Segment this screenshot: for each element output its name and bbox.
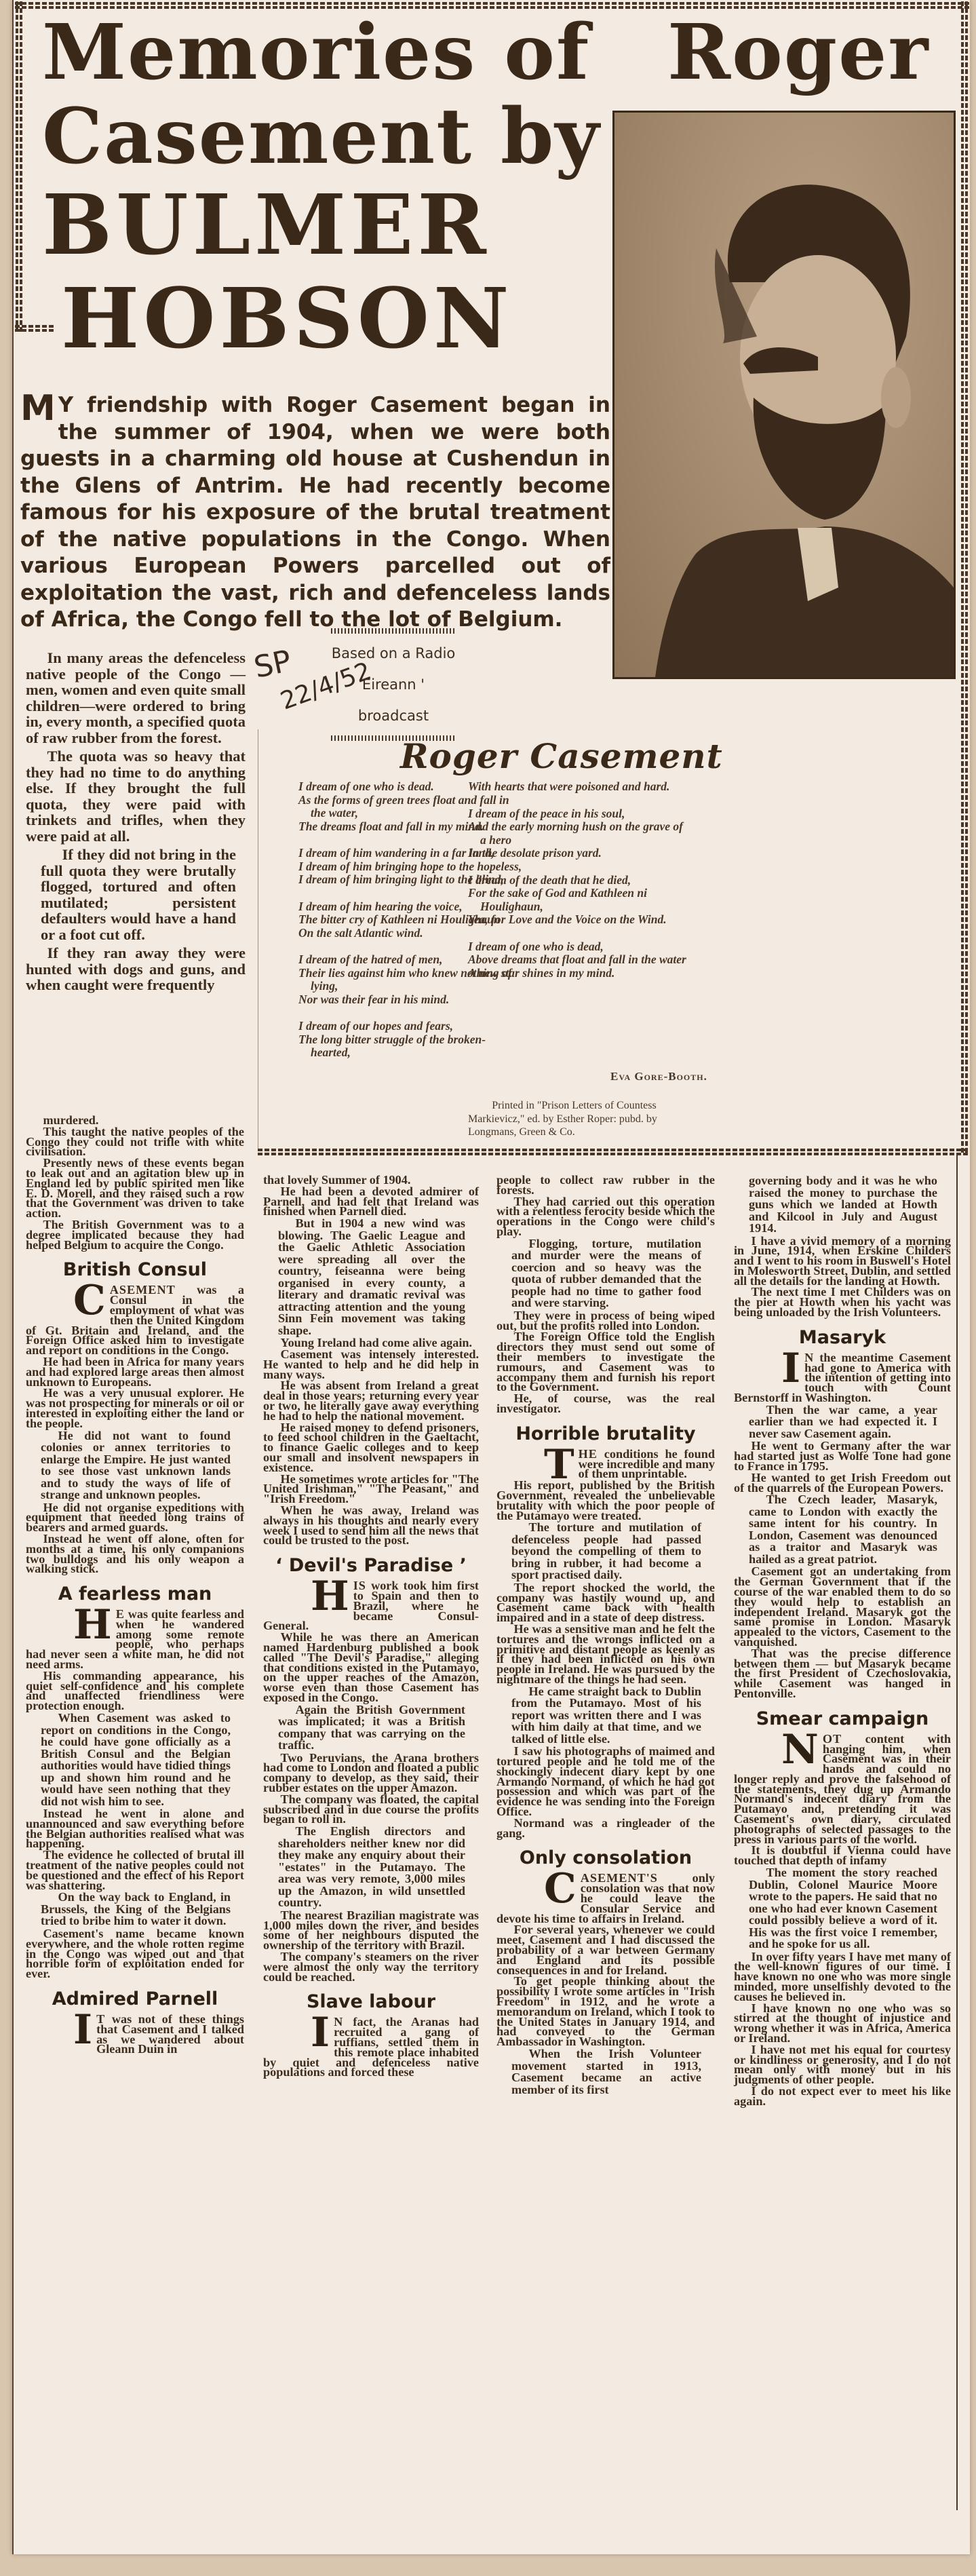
paragraph: Young Ireland had come alive again. [263,1338,479,1348]
paragraph: Instead he went in alone and unannounced… [26,1809,244,1849]
section-heading: British Consul [26,1259,244,1281]
broadcast-rule-top [331,628,456,634]
paragraph: Presently news of these events began to … [26,1158,244,1218]
article-column-1: murdered.This taught the native peoples … [26,1114,244,2054]
paragraph: This taught the native peoples of the Co… [26,1127,244,1157]
paragraph-text: work took him first to Spain and then to… [263,1579,479,1632]
paragraph: Then the war came, a year earlier than w… [734,1404,951,1440]
dropcap-letter: N [781,1734,819,1765]
dropcap-letter: I [311,2017,330,2048]
paragraph: HE was quite fearless and when he wander… [26,1609,244,1670]
dropcap-letter: I [781,1353,800,1384]
paragraph: I have a vivid memory of a morning in Ju… [734,1236,951,1286]
paragraph: He did not want to found colonies or ann… [26,1430,244,1501]
paragraph: HIS work took him first to Spain and the… [263,1581,479,1631]
paragraph: He wanted to get Irish Freedom out of th… [734,1473,951,1493]
paragraph: The moment the story reached Dublin, Col… [734,1867,951,1950]
paragraph: When Casement was asked to report on con… [26,1712,244,1807]
paragraph: In many areas the defenceless native peo… [26,650,246,746]
paragraph: He was a sensitive man and he felt the t… [496,1624,715,1685]
poem-author: Eva Gore-Booth. [610,1070,707,1083]
dropcap-letter: H [311,1581,349,1612]
poem-stanza: I dream of our hopes and fears,The long … [298,1020,522,1060]
paragraph: IT was not of these things that Casement… [26,2014,244,2054]
intro-text: Y friendship with Roger Casement began i… [20,393,610,632]
section-heading: Slave labour [263,1991,479,2013]
paragraph: His commanding appearance, his quiet sel… [26,1671,244,1711]
paragraph-text: content with hanging him, when Casement … [734,1732,951,1846]
left-border-rule [15,1,23,332]
paragraph: The company was floated, the capital sub… [263,1794,479,1824]
article-column-2: that lovely Summer of 1904.He had been a… [263,1174,479,2077]
headline-author-first: BULMER [42,183,612,277]
paragraph: The British Government was to a degree i… [26,1220,244,1250]
paragraph: He, of course, was the real investigator… [496,1393,715,1414]
poem-line: Above dreams that float and fall in the … [468,953,692,967]
paragraph: people to collect raw rubber in the fore… [496,1175,715,1195]
paragraph-text: was a Consul in the employment of what w… [26,1283,244,1357]
paragraph: IN fact, the Aranas had recruited a gang… [263,2017,479,2077]
paragraph-text: was not of these things that Casement an… [96,2012,244,2056]
paragraph: that lovely Summer of 1904. [263,1175,479,1185]
paragraph: That was the precise difference between … [734,1649,951,1699]
poem-line: I dream of the peace in his soul, [468,807,692,821]
paragraph: But in 1904 a new wind was blowing. The … [263,1218,479,1337]
paragraph: Casement was intensely interested. He wa… [263,1349,479,1379]
paragraph: He was a very unusual explorer. He was n… [26,1388,244,1428]
poem-line: And the early morning hush on the grave … [468,820,692,847]
paragraph: The company's steamers on the river were… [263,1952,479,1982]
paragraph: Two Peruvians, the Arana brothers had co… [263,1753,479,1793]
poem-line: For the sake of God and Kathleen ni Houl… [468,887,692,913]
paragraph: He was absent from Ireland a great deal … [263,1381,479,1421]
paragraph: Casement's name became known everywhere,… [26,1929,244,1979]
paragraph: The report shocked the world, the compan… [496,1583,715,1623]
paragraph-text: conditions he found were incredible and … [579,1447,715,1481]
poem-stanza: I dream of the peace in his soul,And the… [468,807,692,860]
paragraph: His report, published by the British Gov… [496,1480,715,1520]
paragraph: The quota was so heavy that they had no … [26,748,246,844]
paragraph: For several years, whenever we could mee… [496,1925,715,1975]
poem-credit: Printed in "Prison Letters of Countess M… [468,1099,692,1139]
paragraph: He had been in Africa for many years and… [26,1357,244,1387]
poem-line: I dream of one who is dead, [468,940,692,954]
paragraph: He sometimes wrote articles for "The Uni… [263,1474,479,1504]
paragraph: The nearest Brazilian magistrate was 1,0… [263,1910,479,1950]
paragraph: Again the British Government was implica… [263,1704,479,1752]
paragraph: The evidence he collected of brutal ill … [26,1850,244,1890]
headline-line-1: Memories of [42,15,612,99]
poem-line: I dream of the death that he died, [468,874,692,887]
dropcap-letter: C [544,1873,577,1904]
paragraph: If they ran away they were hunted with d… [26,945,246,993]
paragraph: He went to Germany after the war had sta… [734,1441,951,1471]
handwritten-initials: SP [251,644,294,685]
article-column-3: people to collect raw rubber in the fore… [496,1174,715,2096]
section-heading: A fearless man [26,1583,244,1605]
headline-line-1-end: Roger [667,15,929,91]
paragraph-text: was quite fearless and when he wandered … [26,1607,244,1671]
dropcap-letter: I [73,2014,92,2045]
poem-line: Yea, for Love and the Voice on the Wind. [468,913,692,927]
paragraph: He had been a devoted admirer of Parnell… [263,1187,479,1216]
upper-column: In many areas the defenceless native peo… [26,650,246,993]
paragraph: I have not met his equal for courtesy or… [734,2045,951,2085]
paragraph: When the Irish Volunteer movement starte… [496,2048,715,2096]
section-heading: Horrible brutality [496,1423,715,1445]
portrait-figure-icon [614,113,954,677]
poem-stanza: With hearts that were poisoned and hard. [468,780,692,794]
paragraph-text: the meantime Casement had gone to Americ… [734,1351,951,1404]
poem-right-column: With hearts that were poisoned and hard.… [468,780,692,993]
poem-line: In the desolate prison yard. [468,847,692,860]
article-column-4: governing body and it was he who raised … [734,1174,951,2107]
poem-line: I dream of our hopes and fears, [298,1020,522,1033]
paragraph: The next time I met Childers was on the … [734,1287,951,1317]
poem-divider-rule [258,729,258,1150]
paragraph-text: fact, the Aranas had recruited a gang of… [263,2015,479,2079]
paragraph: Instead he went off alone, often for mon… [26,1534,244,1574]
paragraph: THE conditions he found were incredible … [496,1449,715,1479]
poem-title: Roger Casement [400,736,723,776]
paragraph: In over fifty years I have met many of t… [734,1952,951,2002]
paragraph: To get people thinking about the possibi… [496,1976,715,2047]
paragraph: Casement got an undertaking from the Ger… [734,1566,951,1647]
paragraph: CASEMENT'S only consolation was that now… [496,1873,715,1923]
paragraph: I saw his photographs of maimed and tort… [496,1746,715,1817]
paragraph: While he was there an American named Har… [263,1632,479,1703]
portrait-photo [612,111,956,679]
paragraph: The torture and mutilation of defenceles… [496,1522,715,1581]
poem-line: The long bitter struggle of the broken-h… [298,1033,522,1060]
paragraph: They had carried out this operation with… [496,1197,715,1237]
section-heading: Admired Parnell [26,1988,244,2010]
right-border-rule [960,1,969,1155]
paragraph: I have known no one who was so stirred a… [734,2003,951,2043]
paragraph: When he was away, Ireland was always in … [263,1505,479,1545]
poem-bottom-rule [258,1148,969,1156]
section-heading: Masaryk [734,1327,951,1349]
paragraph: murdered. [26,1115,244,1126]
poem-line: Nor was their fear in his mind. [298,993,522,1007]
broadcast-note: Based on a Radio Eireann ' broadcast [326,624,461,745]
dropcap-letter: H [73,1609,112,1640]
poem-stanza: I dream of one who is dead,Above dreams … [468,940,692,980]
paragraph: The Czech leader, Masaryk, came to Londo… [734,1494,951,1565]
paragraph: I do not expect ever to meet his like ag… [734,2086,951,2107]
paragraph: Normand was a ringleader of the gang. [496,1818,715,1839]
headline: Memories of Casement by BULMER HOBSON [42,15,612,370]
poem-line: With hearts that were poisoned and hard. [468,780,692,794]
dropcap-letter: C [73,1285,106,1316]
section-heading: Smear campaign [734,1708,951,1730]
paragraph: CASEMENT was a Consul in the employment … [26,1285,244,1356]
paragraph: IN the meantime Casement had gone to Ame… [734,1353,951,1403]
paragraph: governing body and it was he who raised … [734,1175,951,1235]
broadcast-line-2: Eireann ' broadcast [326,669,461,731]
poem-stanza: I dream of the death that he died,For th… [468,874,692,927]
paragraph: Flogging, torture, mutilation and murder… [496,1238,715,1309]
paragraph: NOT content with hanging him, when Casem… [734,1734,951,1845]
paragraph: The Foreign Office told the English dire… [496,1332,715,1392]
dropcap-letter: T [544,1449,574,1480]
section-heading: Only consolation [496,1847,715,1869]
paragraph: On the way back to England, in Brussels,… [26,1891,244,1927]
section-heading: ‘ Devil's Paradise ’ [263,1555,479,1577]
headline-line-2: Casement by [42,99,612,183]
right-column-rule [956,1153,958,2510]
paragraph: He raised money to defend prisoners, to … [263,1423,479,1473]
paragraph: The English directors and shareholders n… [263,1826,479,1909]
paragraph: He came straight back to Dublin from the… [496,1686,715,1746]
page: Memories of Casement by BULMER HOBSON Ro… [0,0,976,2576]
intro-dropcap: M [20,393,56,423]
paragraph: It is doubtful if Vienna could have touc… [734,1845,951,1866]
paragraph: He did not organise expeditions with equ… [26,1503,244,1533]
poem-line: A new star shines in my mind. [468,967,692,980]
paragraph: They were in process of being wiped out,… [496,1311,715,1331]
broadcast-line-1: Based on a Radio [326,638,461,669]
intro-paragraph: MY friendship with Roger Casement began … [20,392,610,634]
headline-author-last: HOBSON [42,277,612,370]
paragraph: If they did not bring in the full quota … [26,847,246,942]
